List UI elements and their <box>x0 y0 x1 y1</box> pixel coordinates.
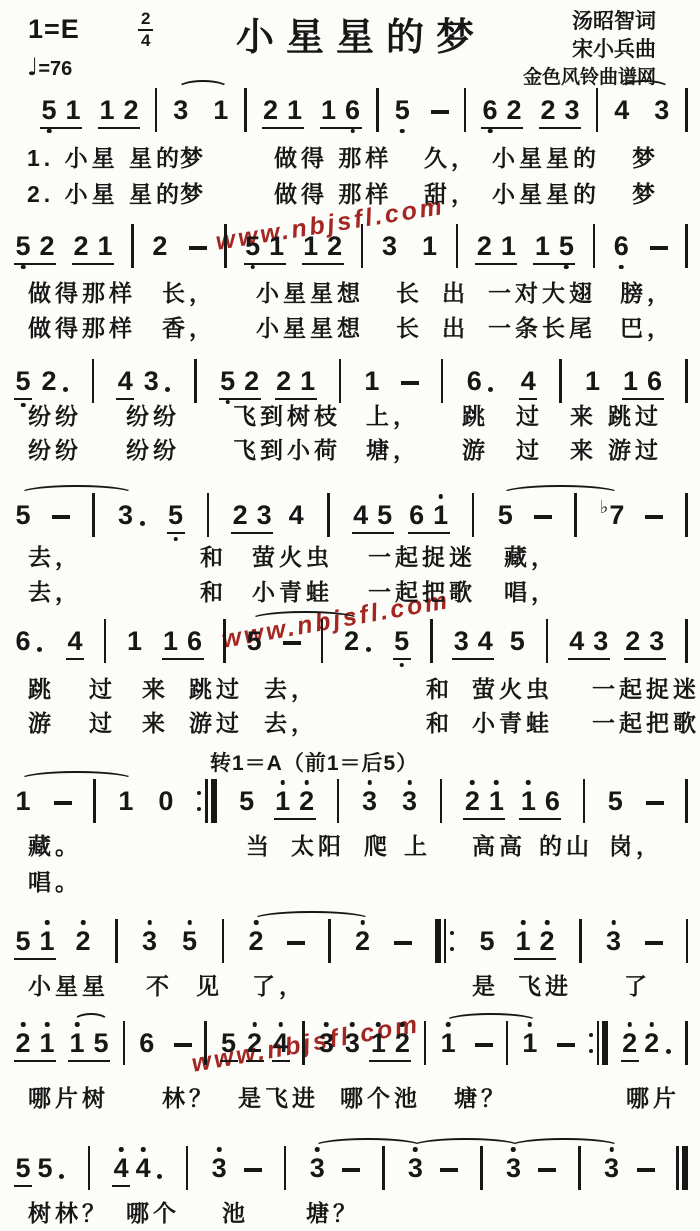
note: 2 <box>298 788 316 815</box>
lyric-text: 甜， <box>424 183 478 206</box>
thin-bar <box>685 224 688 268</box>
octave-dot-high <box>217 1147 222 1152</box>
note-digit: 2 <box>248 928 263 955</box>
thin-bar <box>92 359 95 403</box>
note-digit: 2 <box>299 788 314 815</box>
thin-bar <box>685 359 688 403</box>
note: 1 <box>363 368 381 395</box>
note: 1 <box>126 628 144 655</box>
barline <box>204 1030 207 1065</box>
notes-row: 1105123321165 <box>14 788 688 828</box>
note: 2 <box>621 1030 639 1062</box>
dash <box>637 1168 655 1172</box>
note: 5 <box>244 233 262 260</box>
note: 1 <box>584 368 602 395</box>
lyric-text: 一起捉迷 <box>368 546 476 569</box>
note: 3 <box>210 1155 228 1182</box>
octave-dot-high <box>627 1022 632 1027</box>
note-digit: 5 <box>510 628 525 655</box>
beam-group: 51 <box>40 97 82 129</box>
beam-group: 52 <box>219 368 261 400</box>
octave-dot-high <box>21 1022 26 1027</box>
octave-dot-high <box>438 494 443 499</box>
barline <box>194 368 197 403</box>
lyric-text: 纷纷 <box>126 439 180 462</box>
barline <box>222 928 225 963</box>
lyric-text: 树林？ <box>28 1202 109 1225</box>
note-digit: 3 <box>144 368 159 395</box>
note: 2 <box>463 788 481 815</box>
thin-bar <box>205 779 208 823</box>
note-digit: 3 <box>142 928 157 955</box>
note-digit: 1 <box>127 628 142 655</box>
slur-tie <box>19 485 134 502</box>
measure-cell: 3 <box>603 1155 655 1182</box>
note-digit: 1 <box>118 788 133 815</box>
repeat-dot <box>589 1049 593 1053</box>
beam-group: 23 <box>231 502 273 534</box>
page-title: 小星星的梦 <box>236 6 486 61</box>
note: 3 <box>117 502 135 529</box>
lyric-text: 见 <box>196 975 223 998</box>
note-digit: 3 <box>654 97 669 124</box>
measure-cell: 10 <box>117 788 175 815</box>
augmentation-dot <box>666 1049 671 1054</box>
lyric-text: 唱， <box>504 581 558 604</box>
barline <box>464 97 467 132</box>
dash <box>538 1168 556 1172</box>
measure-cell: 3 <box>210 1155 262 1182</box>
note: 2 <box>40 368 58 395</box>
barline <box>88 1155 91 1190</box>
thin-bar <box>597 1021 600 1065</box>
note: 3 <box>141 928 159 955</box>
barline <box>115 928 118 963</box>
dash <box>394 941 412 945</box>
note-digit: 2 <box>39 233 54 260</box>
octave-dot-high <box>649 1022 654 1027</box>
slur-tie <box>252 911 371 928</box>
thin-bar <box>284 1146 287 1190</box>
music-system-9: 554433333树林？哪个池塘？ <box>14 1155 688 1195</box>
lyric-text: 唱。 <box>28 871 82 894</box>
dash <box>534 515 552 519</box>
note-digit: 2 <box>622 1030 637 1057</box>
measure-cell: 2 <box>151 233 207 260</box>
lyric-text: 游过 <box>189 712 243 735</box>
augmentation-dot <box>366 647 371 652</box>
lyric-text: 游 <box>28 712 55 735</box>
beam-group: 21 <box>463 788 505 820</box>
barline <box>559 368 562 403</box>
octave-dot-low <box>619 265 624 270</box>
notes-row: 52435221164116 <box>14 368 688 408</box>
lyric-text: 塘？ <box>306 1202 360 1225</box>
measure-cell: 5 <box>14 502 70 529</box>
repeat-dot <box>197 807 201 811</box>
barline <box>430 628 433 663</box>
note-digit: 1 <box>300 368 315 395</box>
lyric-text: 游过 <box>608 439 662 462</box>
barline <box>685 233 688 268</box>
lyric-text: 一起捉迷 <box>592 678 700 701</box>
note: 1 <box>302 233 320 260</box>
note-digit: 1 <box>15 788 30 815</box>
lyric-text: 和 <box>426 678 453 701</box>
augmentation-dot <box>63 387 68 392</box>
repeat-dots <box>196 791 202 811</box>
note: 2 <box>262 97 280 124</box>
augmentation-dot <box>157 1174 162 1179</box>
octave-dot-low <box>400 129 405 134</box>
note-digit: 1 <box>65 97 80 124</box>
note: 3 <box>592 628 610 655</box>
beam-group: 16 <box>622 368 664 400</box>
thin-bar <box>685 779 688 823</box>
dash <box>440 1168 458 1172</box>
note: 6 <box>543 788 561 815</box>
note-digit: 3 <box>382 233 397 260</box>
quarter-note-icon: ♩ <box>27 53 38 81</box>
note: 3 <box>406 1155 424 1182</box>
note-digit: 4 <box>478 628 493 655</box>
note-digit: 4 <box>67 628 82 655</box>
lyric-text: 长 <box>396 317 423 340</box>
note-digit: 7 <box>609 502 624 529</box>
note-digit: 5 <box>608 788 623 815</box>
measure-cell: 524 <box>220 1030 290 1062</box>
note: 4 <box>287 502 305 529</box>
measure-cell: 1 <box>521 1030 575 1057</box>
octave-dot-low <box>564 265 569 270</box>
augmentation-dot <box>165 387 170 392</box>
final-barline <box>676 1155 688 1190</box>
note-digit: 2 <box>15 1030 30 1057</box>
repeat-dot <box>589 1033 593 1037</box>
note: 2 <box>539 97 557 124</box>
note-digit: 1 <box>433 502 448 529</box>
thin-bar <box>131 224 134 268</box>
slur-tie <box>313 1138 423 1155</box>
measure-cell: 5 <box>606 788 664 815</box>
note: 1 <box>14 788 32 815</box>
barline <box>574 502 577 537</box>
lyric-text: 藏， <box>504 546 558 569</box>
note-digit: 2 <box>625 628 640 655</box>
measure-cell: 33 <box>361 788 419 815</box>
beam-group: 23 <box>624 628 666 660</box>
note-digit: 6 <box>545 788 560 815</box>
note-digit: 6 <box>15 628 30 655</box>
measure-cell: 5221 <box>14 233 114 265</box>
lyric-text: 的山 <box>539 835 593 858</box>
thin-bar <box>456 224 459 268</box>
octave-dot-low <box>225 400 230 405</box>
note-digit: 2 <box>123 97 138 124</box>
thin-bar <box>244 88 247 132</box>
measure-cell: 116 <box>126 628 204 660</box>
note: 5 <box>40 97 58 124</box>
note-digit: 1 <box>39 1030 54 1057</box>
beam-group: 16 <box>162 628 204 660</box>
note-digit: 2 <box>263 97 278 124</box>
thin-bar <box>546 619 549 663</box>
thin-bar <box>224 224 227 268</box>
barline <box>685 628 688 663</box>
note: 1 <box>487 788 505 815</box>
beam-group: 21 <box>14 1030 56 1062</box>
lyric-text: 1. 小星 星的 <box>27 147 183 170</box>
measure-cell: 6 <box>612 233 668 260</box>
note: 4 <box>116 368 134 400</box>
thin-bar <box>222 919 225 963</box>
barline <box>596 97 599 132</box>
barline <box>685 502 688 537</box>
note-digit: 3 <box>319 1030 334 1057</box>
lyric-text: 一起把歌 <box>368 581 476 604</box>
note: 2 <box>38 233 56 260</box>
note-digit: 4 <box>614 97 629 124</box>
note-digit: 3 <box>310 1155 325 1182</box>
lyric-text: 出 <box>442 317 469 340</box>
thin-bar <box>123 1021 126 1065</box>
slur-tie <box>250 611 360 628</box>
note: 1 <box>439 1030 457 1057</box>
thin-bar <box>685 88 688 132</box>
barline <box>583 788 586 823</box>
barline <box>224 233 227 268</box>
note-digit: 3 <box>173 97 188 124</box>
note-digit: 2 <box>73 233 88 260</box>
octave-dot-high <box>280 780 285 785</box>
note: 6 <box>408 502 426 529</box>
note: 3 <box>381 233 399 260</box>
octave-dot-high <box>545 920 550 925</box>
note-digit: 4 <box>114 1155 129 1182</box>
music-system-8: 2115652433121122哪片树林？是飞进哪个池塘？哪片 <box>14 1030 688 1070</box>
beam-group: 51 <box>244 233 286 265</box>
thin-bar <box>440 779 443 823</box>
thin-bar <box>302 1021 305 1065</box>
octave-dot-low <box>250 265 255 270</box>
octave-dot-low <box>173 537 178 542</box>
note: 3 <box>504 1155 522 1182</box>
note-digit: 5 <box>41 97 56 124</box>
barline <box>186 1155 189 1190</box>
note-digit: 6 <box>467 368 482 395</box>
note-digit: 1 <box>39 928 54 955</box>
note: 1 <box>117 788 135 815</box>
notes-row: 554433333 <box>14 1155 688 1195</box>
note: 6 <box>465 368 483 395</box>
measure-cell: 35 <box>117 502 185 534</box>
measure-cell: 3 <box>504 1155 556 1182</box>
thin-bar <box>186 1146 189 1190</box>
note: 2 <box>505 97 523 124</box>
barline <box>472 502 475 537</box>
octave-dot-high <box>81 920 86 925</box>
octave-dot-low <box>350 129 355 134</box>
thin-bar <box>472 493 475 537</box>
measure-cell: 2115 <box>14 1030 110 1062</box>
note-digit: 5 <box>182 928 197 955</box>
note: 5 <box>14 368 32 400</box>
note: 2 <box>246 1030 264 1062</box>
lyric-text: 去， <box>264 712 318 735</box>
lyric-text: 一起把歌 <box>592 712 700 735</box>
note: 1 <box>98 97 116 124</box>
lyric-text: 当 <box>246 835 273 858</box>
beam-group: 12 <box>302 233 344 265</box>
note: 1 <box>521 1030 539 1057</box>
note: 5 <box>14 928 32 955</box>
measure-cell: 2116 <box>463 788 561 820</box>
measure-cell: 5112 <box>244 233 344 265</box>
lyric-text: 跳过 <box>189 678 243 701</box>
note-digit: 1 <box>515 928 530 955</box>
thick-bar <box>602 1021 608 1065</box>
note-digit: 5 <box>15 928 30 955</box>
beam-group: 61 <box>408 502 450 534</box>
note: 5 <box>393 97 411 124</box>
thin-bar <box>685 1021 688 1065</box>
note: 3 <box>308 1155 326 1182</box>
lyric-text: 塘？ <box>454 1087 508 1110</box>
barline <box>337 788 340 823</box>
lyric-text: 做得那样 <box>28 317 136 340</box>
note-digit: 1 <box>501 233 516 260</box>
lyric-text: 和 <box>200 581 227 604</box>
lyric-text: 跳过 <box>608 405 662 428</box>
slur-tie <box>73 1013 109 1030</box>
note: 3 <box>648 628 666 655</box>
barline <box>207 502 210 537</box>
note: 2 <box>343 628 361 655</box>
tempo-value: =76 <box>38 58 72 80</box>
note-digit: 1 <box>522 1030 537 1057</box>
barline <box>382 1155 385 1190</box>
octave-dot-low <box>21 403 26 408</box>
note-digit: 4 <box>569 628 584 655</box>
dash <box>287 941 305 945</box>
notes-row: 51123121165622343 <box>14 97 688 137</box>
note: 5 <box>181 928 199 955</box>
note-digit: 2 <box>355 928 370 955</box>
note: 4 <box>134 1155 152 1182</box>
dash <box>557 1043 575 1047</box>
lyric-text: 游 <box>462 439 489 462</box>
lyric-text: 池 <box>222 1202 249 1225</box>
barline <box>321 628 324 663</box>
repeat-begin-barline <box>435 928 456 963</box>
note: 3 <box>361 788 379 815</box>
music-system-5: 641165253454323跳过来跳过去，和萤火虫一起捉迷游过来游过去，和小青… <box>14 628 688 668</box>
repeat-end-barline <box>588 1030 609 1065</box>
note: 4 <box>272 1030 290 1062</box>
note-digit: 5 <box>168 502 183 529</box>
thin-bar <box>464 88 467 132</box>
octave-dot-high <box>278 1022 283 1027</box>
octave-dot-high <box>470 780 475 785</box>
modulation-marking: 转1＝A（前1＝后5） <box>210 747 418 777</box>
lyric-text: 哪片 <box>626 1087 680 1110</box>
lyric-text: 纷纷 <box>28 439 82 462</box>
dash <box>475 1043 493 1047</box>
note: 2 <box>122 97 140 124</box>
barline <box>104 628 107 663</box>
lyric-text: 梦 <box>180 147 207 170</box>
note-digit: 5 <box>37 1155 52 1182</box>
note: 2 <box>354 928 372 955</box>
note: 2 <box>275 368 293 395</box>
beam-group: 52 <box>14 233 56 265</box>
note-digit: 3 <box>604 1155 619 1182</box>
lyric-text: 做得 那样 <box>274 183 392 206</box>
thin-bar <box>376 88 379 132</box>
beam-group: 12 <box>98 97 140 129</box>
time-signature: 2 4 <box>138 9 153 50</box>
note-digit: 3 <box>506 1155 521 1182</box>
lyric-text: 萤火虫 <box>252 546 333 569</box>
note: 3 <box>142 368 160 395</box>
barline <box>155 97 158 132</box>
measure-cell: 5112 <box>40 97 140 129</box>
beam-group: 12 <box>274 788 316 820</box>
note: 3 <box>317 1030 335 1057</box>
augmentation-dot <box>37 647 42 652</box>
note: 2 <box>14 1030 32 1057</box>
note: 2 <box>643 1030 661 1057</box>
note: 2 <box>243 368 261 395</box>
lyric-text: 久， <box>424 147 478 170</box>
note: 1 <box>38 928 56 955</box>
note: 1 <box>299 368 317 395</box>
notes-row: 53523445615♭7 <box>14 502 688 542</box>
note-digit: 1 <box>213 97 228 124</box>
note-digit: 2 <box>344 628 359 655</box>
lyric-text: 一对大翅 <box>488 282 596 305</box>
measure-cell: 3312 <box>317 1030 411 1062</box>
measure-cell: 345 <box>452 628 526 660</box>
note-digit: 5 <box>498 502 513 529</box>
notes-row: 2115652433121122 <box>14 1030 688 1070</box>
lyric-text: 过 <box>89 712 116 735</box>
note-digit: 3 <box>345 1030 360 1057</box>
thin-bar <box>559 359 562 403</box>
lyric-text: 跳 <box>462 405 489 428</box>
note-digit: 4 <box>136 1155 151 1182</box>
slur-tie <box>177 80 229 97</box>
measure-cell: 3 <box>308 1155 360 1182</box>
note-digit: 4 <box>289 502 304 529</box>
lyric-text: 和 <box>426 712 453 735</box>
note: 3 <box>605 928 623 955</box>
lyric-text: 小星星的 <box>492 147 600 170</box>
barline <box>441 368 444 403</box>
note: 5 <box>14 233 32 260</box>
lyric-text: 梦 <box>180 183 207 206</box>
note-digit: 2 <box>539 928 554 955</box>
notes-row: 5221251123121156 <box>14 233 688 273</box>
note: 5 <box>220 1030 238 1062</box>
note: 5 <box>478 928 496 955</box>
lyric-text: 香， <box>162 317 216 340</box>
note-digit: 3 <box>593 628 608 655</box>
barline <box>339 368 342 403</box>
barline <box>92 368 95 403</box>
note: 4 <box>568 628 586 655</box>
slur-tie <box>509 1138 619 1155</box>
